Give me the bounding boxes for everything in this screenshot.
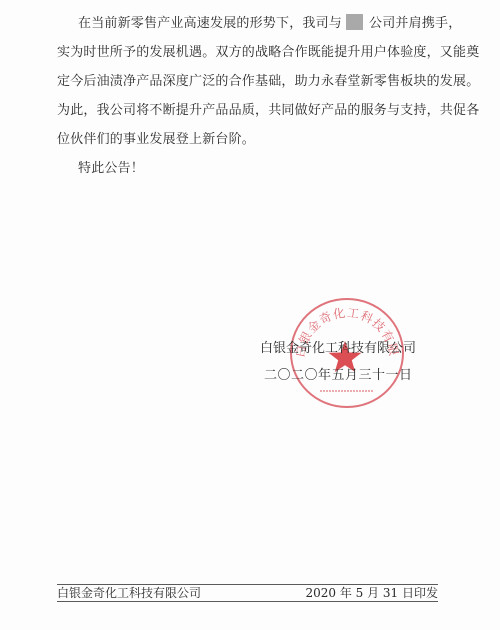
footer-bottom-rule: [57, 601, 438, 602]
paragraph-2-line-2: 位伙伴们的事业发展登上新台阶。: [57, 131, 255, 149]
signature-date: 二〇二〇年五月三十一日: [264, 367, 413, 385]
footer-issuer: 白银金奇化工科技有限公司: [57, 585, 201, 601]
document-page: 在当前新零售产业高速发展的形势下，我司与公司并肩携手， 实为时世所予的发展机遇。…: [0, 0, 500, 630]
paragraph-1-line-1-after: 公司并肩携手，: [369, 16, 461, 31]
redacted-company-name: [346, 14, 363, 30]
paragraph-2-line-1: 为此，我公司将不断提升产品品质，共同做好产品的服务与支持，共促各: [57, 102, 479, 120]
signature-company: 白银金奇化工科技有限公司: [260, 340, 416, 358]
paragraph-1-line-3: 定今后油渍净产品深度广泛的合作基础，助力永春堂新零售板块的发展。: [57, 73, 479, 91]
closing-statement: 特此公告！: [78, 160, 144, 178]
paragraph-1-line-1: 在当前新零售产业高速发展的形势下，我司与公司并肩携手，: [78, 14, 461, 33]
paragraph-1-line-1-before: 在当前新零售产业高速发展的形势下，我司与: [78, 16, 342, 31]
footer-issued-date: 2020 年 5 月 31 日印发: [305, 585, 438, 601]
paragraph-1-line-2: 实为时世所予的发展机遇。双方的战略合作既能提升用户体验度，又能奠: [57, 44, 479, 62]
